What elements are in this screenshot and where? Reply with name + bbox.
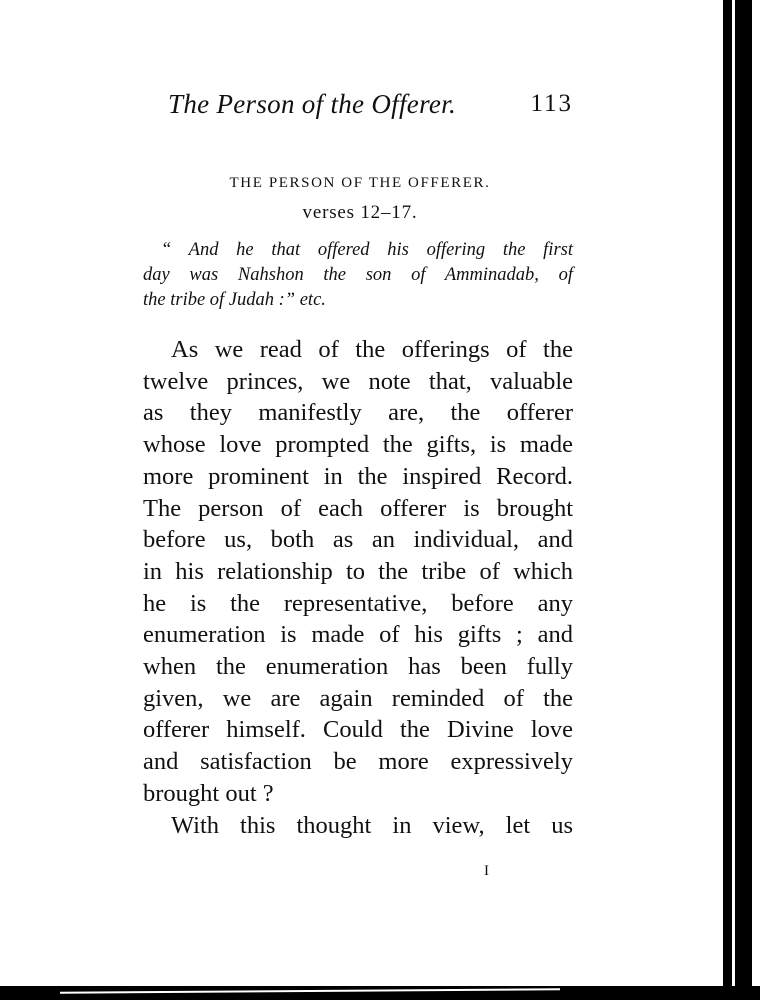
running-head: The Person of the Offerer. 113 <box>168 86 573 122</box>
body-line: With this thought in view, let us <box>143 810 573 842</box>
body-line: when the enumeration has been fully <box>143 651 573 683</box>
book-page: The Person of the Offerer. 113 THE PERSO… <box>0 0 760 1000</box>
body-paragraphs: As we read of the offerings of the twelv… <box>143 334 573 841</box>
page-number: 113 <box>530 86 573 122</box>
body-line: in his relationship to the tribe of whic… <box>143 556 573 588</box>
body-line: as they manifestly are, the offerer <box>143 397 573 429</box>
scan-edge-shadow <box>723 0 732 1000</box>
epigraph-line: day was Nahshon the son of Amminadab, of <box>143 263 573 288</box>
section-heading: THE PERSON OF THE OFFERER. <box>140 172 580 194</box>
body-line: more prominent in the inspired Record. <box>143 461 573 493</box>
section-subheading: verses 12–17. <box>140 200 580 226</box>
body-line: whose love prompted the gifts, is made <box>143 429 573 461</box>
body-line: offerer himself. Could the Divine love <box>143 714 573 746</box>
scan-edge-margin <box>752 0 760 1000</box>
body-line: brought out ? <box>143 778 573 810</box>
epigraph-quote: “ And he that offered his offering the f… <box>143 238 573 313</box>
epigraph-line: “ And he that offered his offering the f… <box>143 238 573 263</box>
body-line: given, we are again reminded of the <box>143 683 573 715</box>
epigraph-line: the tribe of Judah :” etc. <box>143 288 573 313</box>
body-line: and satisfaction be more expressively <box>143 746 573 778</box>
body-line: before us, both as an individual, and <box>143 524 573 556</box>
body-line: twelve princes, we note that, valuable <box>143 366 573 398</box>
scan-edge-shadow <box>735 0 752 1000</box>
signature-mark: I <box>484 861 489 881</box>
body-line: enumeration is made of his gifts ; and <box>143 619 573 651</box>
body-line: he is the representative, before any <box>143 588 573 620</box>
body-line: The person of each offerer is brought <box>143 493 573 525</box>
body-line: As we read of the offerings of the <box>143 334 573 366</box>
running-head-title: The Person of the Offerer. <box>168 89 456 119</box>
